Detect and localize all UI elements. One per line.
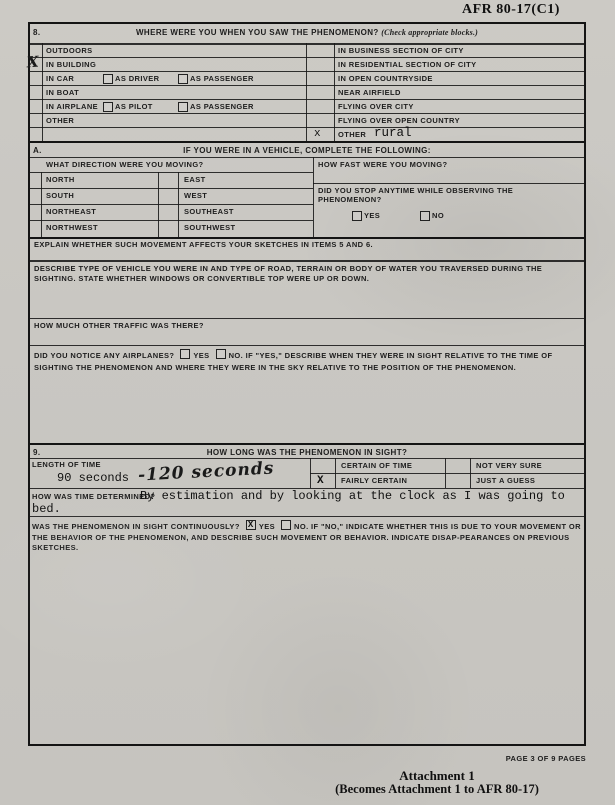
divider xyxy=(30,127,584,128)
divider xyxy=(158,172,159,237)
option-southwest: SOUTHWEST xyxy=(184,224,236,233)
form-outer-border xyxy=(28,22,586,746)
label-as-pilot: AS PILOT xyxy=(115,103,153,112)
divider xyxy=(310,473,584,474)
checkbox-continuous-no xyxy=(281,520,291,530)
label-length-of-time: LENGTH OF TIME xyxy=(32,461,101,470)
divider xyxy=(30,99,584,100)
option-in-building: IN BUILDING xyxy=(46,61,96,70)
label-as-passenger-car: AS PASSENGER xyxy=(190,75,254,84)
question-direction: WHAT DIRECTION WERE YOU MOVING? xyxy=(46,161,204,170)
attachment-line2: (Becomes Attachment 1 to AFR 80-17) xyxy=(287,782,587,797)
checkbox-airplanes-no xyxy=(216,349,226,359)
divider xyxy=(313,183,584,184)
divider xyxy=(30,443,584,445)
checkmark-other-rural: x xyxy=(314,128,321,140)
option-not-very-sure: NOT VERY SURE xyxy=(476,462,542,471)
divider xyxy=(30,260,584,262)
question-airplanes-text: DID YOU NOTICE ANY AIRPLANES? xyxy=(34,351,174,360)
divider xyxy=(30,345,584,346)
checkbox-as-pilot xyxy=(103,102,113,112)
option-fairly-certain: FAIRLY CERTAIN xyxy=(341,477,407,486)
checkbox-continuous-yes: X xyxy=(246,520,256,530)
checkmark-fairly-certain: X xyxy=(317,475,324,487)
divider xyxy=(30,458,584,459)
option-southeast: SOUTHEAST xyxy=(184,208,234,217)
page-number: PAGE 3 OF 9 PAGES xyxy=(420,755,586,764)
label-continuous-yes: YES xyxy=(259,522,275,531)
answer-time-determined-line2: bed. xyxy=(32,502,61,516)
divider xyxy=(178,172,179,237)
checkbox-stop-yes xyxy=(352,211,362,221)
label-stop-no: NO xyxy=(432,212,444,221)
answer-length-typed: 90 seconds xyxy=(57,471,129,485)
section8-title-note: (Check appropriate blocks.) xyxy=(381,28,478,37)
option-flying-over-city: FLYING OVER CITY xyxy=(338,103,414,112)
option-residential-section: IN RESIDENTIAL SECTION OF CITY xyxy=(338,61,477,70)
question-stop: DID YOU STOP ANYTIME WHILE OBSERVING THE… xyxy=(318,187,553,204)
option-other-right: OTHER xyxy=(338,131,366,140)
divider xyxy=(30,204,313,205)
option-open-countryside: IN OPEN COUNTRYSIDE xyxy=(338,75,433,84)
sectionA-title: IF YOU WERE IN A VEHICLE, COMPLETE THE F… xyxy=(30,146,584,155)
divider xyxy=(41,172,42,237)
divider xyxy=(30,157,584,158)
question-explain-movement: EXPLAIN WHETHER SUCH MOVEMENT AFFECTS YO… xyxy=(34,241,582,250)
checkbox-as-passenger-airplane xyxy=(178,102,188,112)
option-flying-over-open-country: FLYING OVER OPEN COUNTRY xyxy=(338,117,460,126)
option-near-airfield: NEAR AIRFIELD xyxy=(338,89,401,98)
label-time-determined: HOW WAS TIME DETERMINED? xyxy=(32,493,155,502)
divider xyxy=(30,85,584,86)
option-in-car: IN CAR xyxy=(46,75,74,84)
divider xyxy=(42,43,43,141)
option-certain-of-time: CERTAIN OF TIME xyxy=(341,462,412,471)
document-reference: AFR 80-17(C1) xyxy=(462,2,560,18)
divider xyxy=(30,172,313,173)
option-west: WEST xyxy=(184,192,207,201)
question-describe-vehicle: DESCRIBE TYPE OF VEHICLE YOU WERE IN AND… xyxy=(34,264,582,284)
divider xyxy=(30,516,584,517)
option-outdoors: OUTDOORS xyxy=(46,47,93,56)
divider xyxy=(30,318,584,319)
divider xyxy=(30,43,584,45)
question-continuous: WAS THE PHENOMENON IN SIGHT CONTINUOUSLY… xyxy=(32,520,584,554)
divider xyxy=(313,157,314,237)
divider xyxy=(30,188,313,189)
label-as-driver: AS DRIVER xyxy=(115,75,159,84)
checkmark-in-building: X xyxy=(26,53,39,72)
option-just-a-guess: JUST A GUESS xyxy=(476,477,535,486)
option-business-section: IN BUSINESS SECTION OF CITY xyxy=(338,47,464,56)
label-airplanes-yes: YES xyxy=(193,351,209,360)
divider xyxy=(30,141,584,143)
option-east: EAST xyxy=(184,176,206,185)
option-south: SOUTH xyxy=(46,192,74,201)
question-speed: HOW FAST WERE YOU MOVING? xyxy=(318,161,447,170)
question-continuous-text: WAS THE PHENOMENON IN SIGHT CONTINUOUSLY… xyxy=(32,522,240,531)
answer-other-rural: rural xyxy=(374,126,412,140)
option-in-boat: IN BOAT xyxy=(46,89,79,98)
option-northeast: NORTHEAST xyxy=(46,208,96,217)
divider xyxy=(30,71,584,72)
divider xyxy=(30,57,584,58)
section8-title-text: WHERE WERE YOU WHEN YOU SAW THE PHENOMEN… xyxy=(136,28,379,37)
option-in-airplane: IN AIRPLANE xyxy=(46,103,98,112)
divider xyxy=(30,220,313,221)
option-north: NORTH xyxy=(46,176,75,185)
divider xyxy=(334,43,335,141)
checkmark-continuous-yes: X xyxy=(247,520,255,531)
option-other-left: OTHER xyxy=(46,117,74,126)
question-airplanes: DID YOU NOTICE ANY AIRPLANES?YESNO. IF "… xyxy=(34,349,585,374)
checkbox-airplanes-yes xyxy=(180,349,190,359)
checkbox-as-driver xyxy=(103,74,113,84)
section9-title: HOW LONG WAS THE PHENOMENON IN SIGHT? xyxy=(30,448,584,457)
divider xyxy=(30,113,584,114)
answer-time-determined-line1: By estimation and by looking at the cloc… xyxy=(140,489,565,503)
option-northwest: NORTHWEST xyxy=(46,224,98,233)
section8-title: WHERE WERE YOU WHEN YOU SAW THE PHENOMEN… xyxy=(30,28,584,37)
scanned-form-page: AFR 80-17(C1) 8. WHERE WERE YOU WHEN YOU… xyxy=(0,0,615,805)
checkbox-as-passenger-car xyxy=(178,74,188,84)
checkbox-stop-no xyxy=(420,211,430,221)
question-traffic: HOW MUCH OTHER TRAFFIC WAS THERE? xyxy=(34,322,204,331)
label-as-passenger-airplane: AS PASSENGER xyxy=(190,103,254,112)
divider xyxy=(306,43,307,141)
label-stop-yes: YES xyxy=(364,212,380,221)
divider xyxy=(30,237,584,239)
